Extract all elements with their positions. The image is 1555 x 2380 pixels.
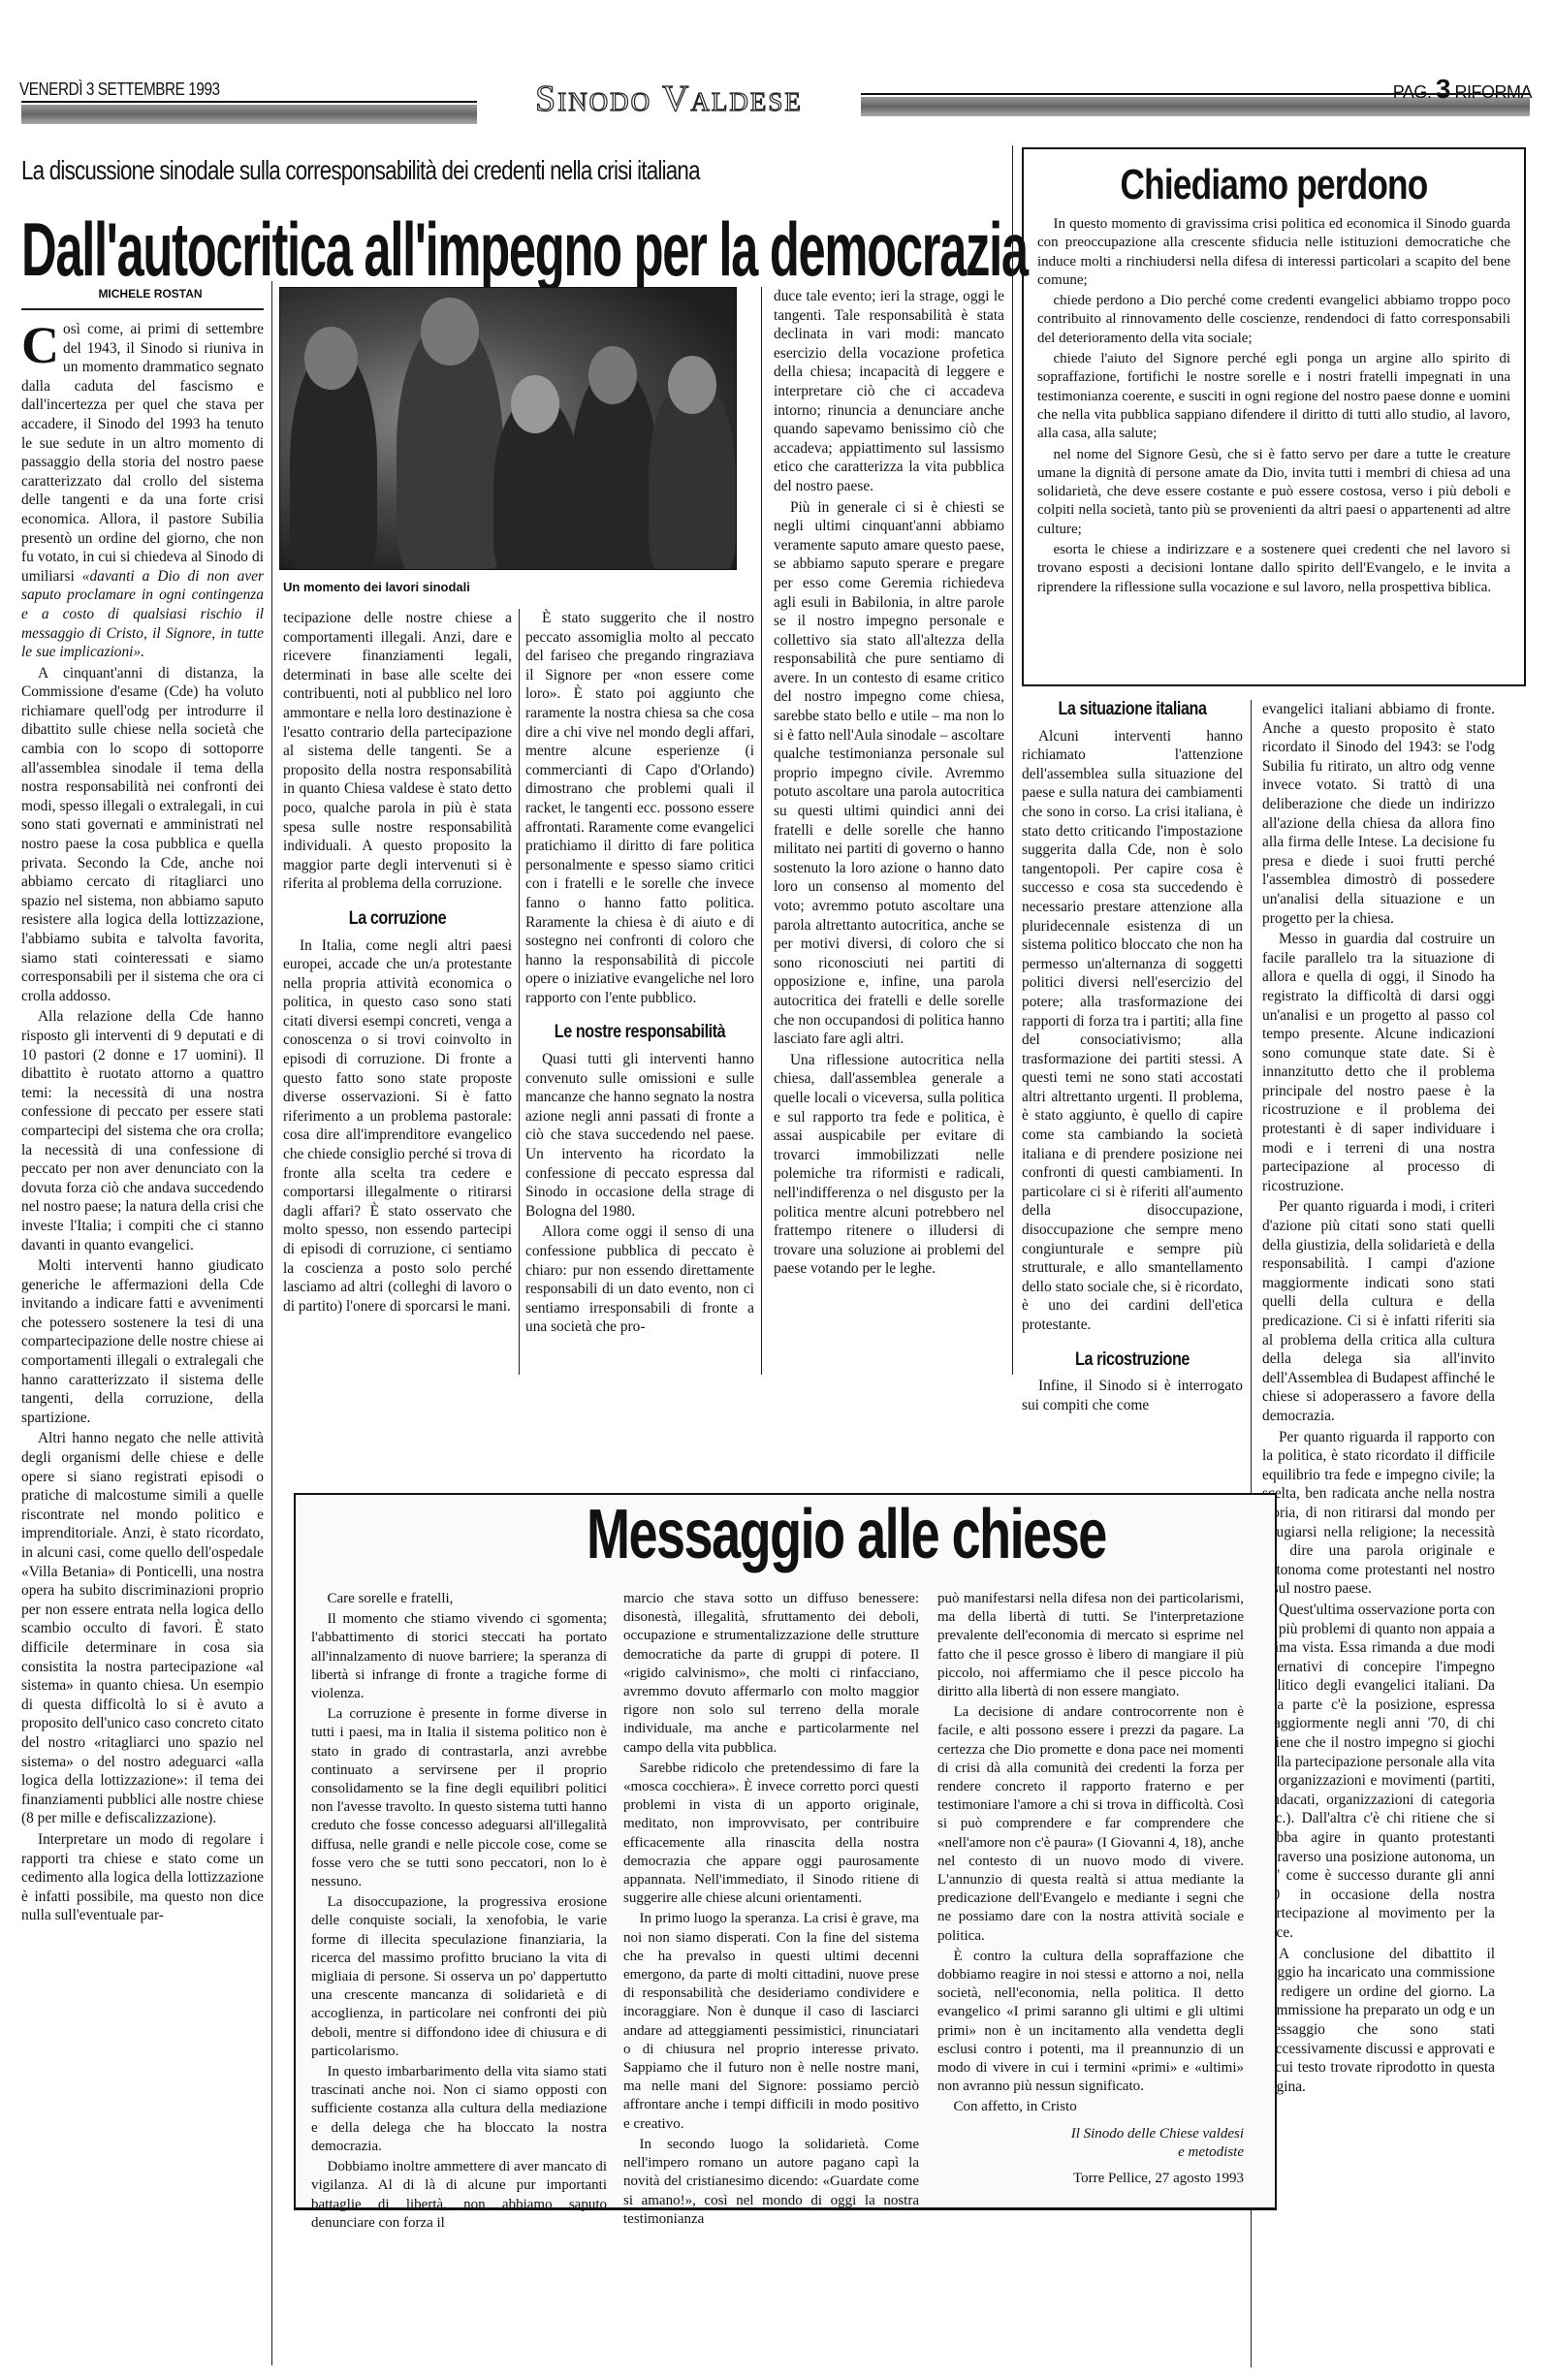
messaggio-column-3: può manifestarsi nella difesa non dei pa…	[937, 1590, 1244, 2188]
masthead-band-left	[21, 105, 477, 124]
paragraph: Interpretare un modo di regolare i rappo…	[21, 1830, 264, 1925]
signature: Il Sinodo delle Chiese valdesi e metodis…	[937, 2125, 1244, 2162]
lead-paragraph: Così come, ai primi di settembre del 194…	[21, 320, 264, 662]
masthead-rule-left	[21, 101, 477, 103]
photo-face	[304, 327, 358, 390]
perdono-paragraph: chiede perdono a Dio perché come credent…	[1037, 292, 1510, 348]
paragraph: È stato suggerito che il nostro peccato …	[525, 609, 754, 1007]
messaggio-column-1: Care sorelle e fratelli, Il momento che …	[311, 1590, 607, 2233]
subhead-responsabilita: Le nostre responsabilità	[543, 1023, 738, 1042]
perdono-paragraph: chiede l'aiuto del Signore perché egli p…	[1037, 350, 1510, 443]
subhead-situazione: La situazione italiana	[1038, 700, 1226, 719]
paragraph: Dobbiamo inoltre ammettere di aver manca…	[311, 2158, 607, 2233]
signature-line-2: e metodiste	[937, 2143, 1244, 2162]
column-divider	[761, 287, 762, 1375]
article-column-3: È stato suggerito che il nostro peccato …	[525, 609, 754, 1337]
perdono-paragraph: In questo momento di gravissima crisi po…	[1037, 215, 1510, 290]
article-column-4: duce tale evento; ieri la strage, oggi l…	[774, 287, 1004, 1279]
photo-caption: Un momento dei lavori sinodali	[283, 580, 470, 594]
paragraph: Quest'ultima osservazione porta con sé p…	[1262, 1601, 1495, 1943]
paragraph: Il momento che stiamo vivendo ci sgoment…	[311, 1610, 607, 1703]
column-divider	[1012, 145, 1013, 1375]
paragraph: duce tale evento; ieri la strage, oggi l…	[774, 287, 1004, 496]
paragraph: In primo luogo la speranza. La crisi è g…	[623, 1910, 919, 2133]
drop-cap: C	[21, 324, 59, 366]
paragraph: Allora come oggi il senso di una confess…	[525, 1222, 754, 1337]
article-column-1: Così come, ai primi di settembre del 194…	[21, 320, 264, 1925]
closing: Con affetto, in Cristo	[937, 2098, 1244, 2116]
column-divider	[271, 281, 272, 2365]
column-divider	[519, 609, 520, 1375]
perdono-text: In questo momento di gravissima crisi po…	[1037, 215, 1510, 597]
article-column-5: La situazione italiana Alcuni interventi…	[1022, 700, 1243, 1414]
section-title: Sinodo Valdese	[485, 78, 853, 120]
salutation: Care sorelle e fratelli,	[311, 1590, 607, 1608]
perdono-box: Chiediamo perdono In questo momento di g…	[1022, 147, 1526, 686]
paragraph: La disoccupazione, la progressiva erosio…	[311, 1893, 607, 2061]
photo-face	[511, 375, 559, 433]
paragraph: Infine, il Sinodo si è interrogato sui c…	[1022, 1377, 1243, 1414]
paragraph: In secondo luogo la solidarietà. Come ne…	[623, 2136, 919, 2229]
paragraph: Per quanto riguarda il rapporto con la p…	[1262, 1428, 1495, 1599]
photo-face	[668, 356, 716, 414]
paragraph: Una riflessione autocritica nella chiesa…	[774, 1051, 1004, 1279]
paragraph: Messo in guardia dal costruire un facile…	[1262, 930, 1495, 1195]
paragraph: Molti interventi hanno giudicato generic…	[21, 1256, 264, 1427]
photo-face	[421, 298, 479, 365]
synod-photo	[279, 287, 737, 570]
paragraph: Sarebbe ridicolo che pretendessimo di fa…	[623, 1760, 919, 1909]
byline-rule	[21, 308, 264, 310]
article-column-2: tecipazione delle nostre chiese a compor…	[283, 609, 512, 1316]
paragraph: In questo imbarbarimento della vita siam…	[311, 2063, 607, 2156]
page-number: 3	[1436, 74, 1450, 104]
perdono-paragraph: nel nome del Signore Gesù, che si è fatt…	[1037, 446, 1510, 539]
perdono-title: Chiediamo perdono	[1085, 161, 1463, 209]
subhead-corruzione: La corruzione	[301, 909, 495, 929]
article-column-6: evangelici italiani abbiamo di fronte. A…	[1262, 700, 1495, 2096]
article-headline: Dall'autocritica all'impegno per la demo…	[21, 211, 1028, 287]
paragraph: evangelici italiani abbiamo di fronte. A…	[1262, 700, 1495, 928]
page-indicator: PAG. 3 RIFORMA	[1393, 74, 1532, 105]
place-date: Torre Pellice, 27 agosto 1993	[937, 2170, 1244, 2188]
paragraph: Quasi tutti gli interventi hanno convenu…	[525, 1050, 754, 1221]
article-kicker: La discussione sinodale sulla correspons…	[21, 155, 700, 186]
publication-name: RIFORMA	[1455, 82, 1533, 102]
paragraph: La corruzione è presente in forme divers…	[311, 1705, 607, 1891]
paragraph: A cinquant'anni di distanza, la Commissi…	[21, 664, 264, 1006]
paragraph: può manifestarsi nella difesa non dei pa…	[937, 1590, 1244, 1701]
paragraph: tecipazione delle nostre chiese a compor…	[283, 609, 512, 894]
messaggio-column-2: marcio che stava sotto un diffuso beness…	[623, 1590, 919, 2229]
issue-date: VENERDÌ 3 SETTEMBRE 1993	[19, 79, 220, 100]
subhead-ricostruzione: La ricostruzione	[1038, 1350, 1226, 1370]
page-label: PAG.	[1393, 82, 1432, 102]
paragraph: In Italia, come negli altri paesi europe…	[283, 936, 512, 1317]
messaggio-title: Messaggio alle chiese	[587, 1495, 994, 1574]
paragraph: A conclusione del dibattito il Seggio ha…	[1262, 1945, 1495, 2097]
paragraph: Altri hanno negato che nelle attività de…	[21, 1429, 264, 1827]
byline: MICHELE ROSTAN	[39, 287, 262, 301]
paragraph: Alla relazione della Cde hanno risposto …	[21, 1007, 264, 1254]
paragraph: Più in generale ci si è chiesti se negli…	[774, 498, 1004, 1049]
perdono-paragraph: esorta le chiese a indirizzare e a soste…	[1037, 541, 1510, 597]
paragraph: La decisione di andare controcorrente no…	[937, 1703, 1244, 1946]
paragraph: Alcuni interventi hanno richiamato l'att…	[1022, 727, 1243, 1335]
paragraph: marcio che stava sotto un diffuso beness…	[623, 1590, 919, 1758]
photo-face	[588, 346, 637, 404]
signature-line-1: Il Sinodo delle Chiese valdesi	[937, 2125, 1244, 2143]
paragraph: Per quanto riguarda i modi, i criteri d'…	[1262, 1197, 1495, 1425]
messaggio-box: Messaggio alle chiese Care sorelle e fra…	[294, 1493, 1277, 2210]
paragraph: È contro la cultura della sopraffazione …	[937, 1948, 1244, 2097]
